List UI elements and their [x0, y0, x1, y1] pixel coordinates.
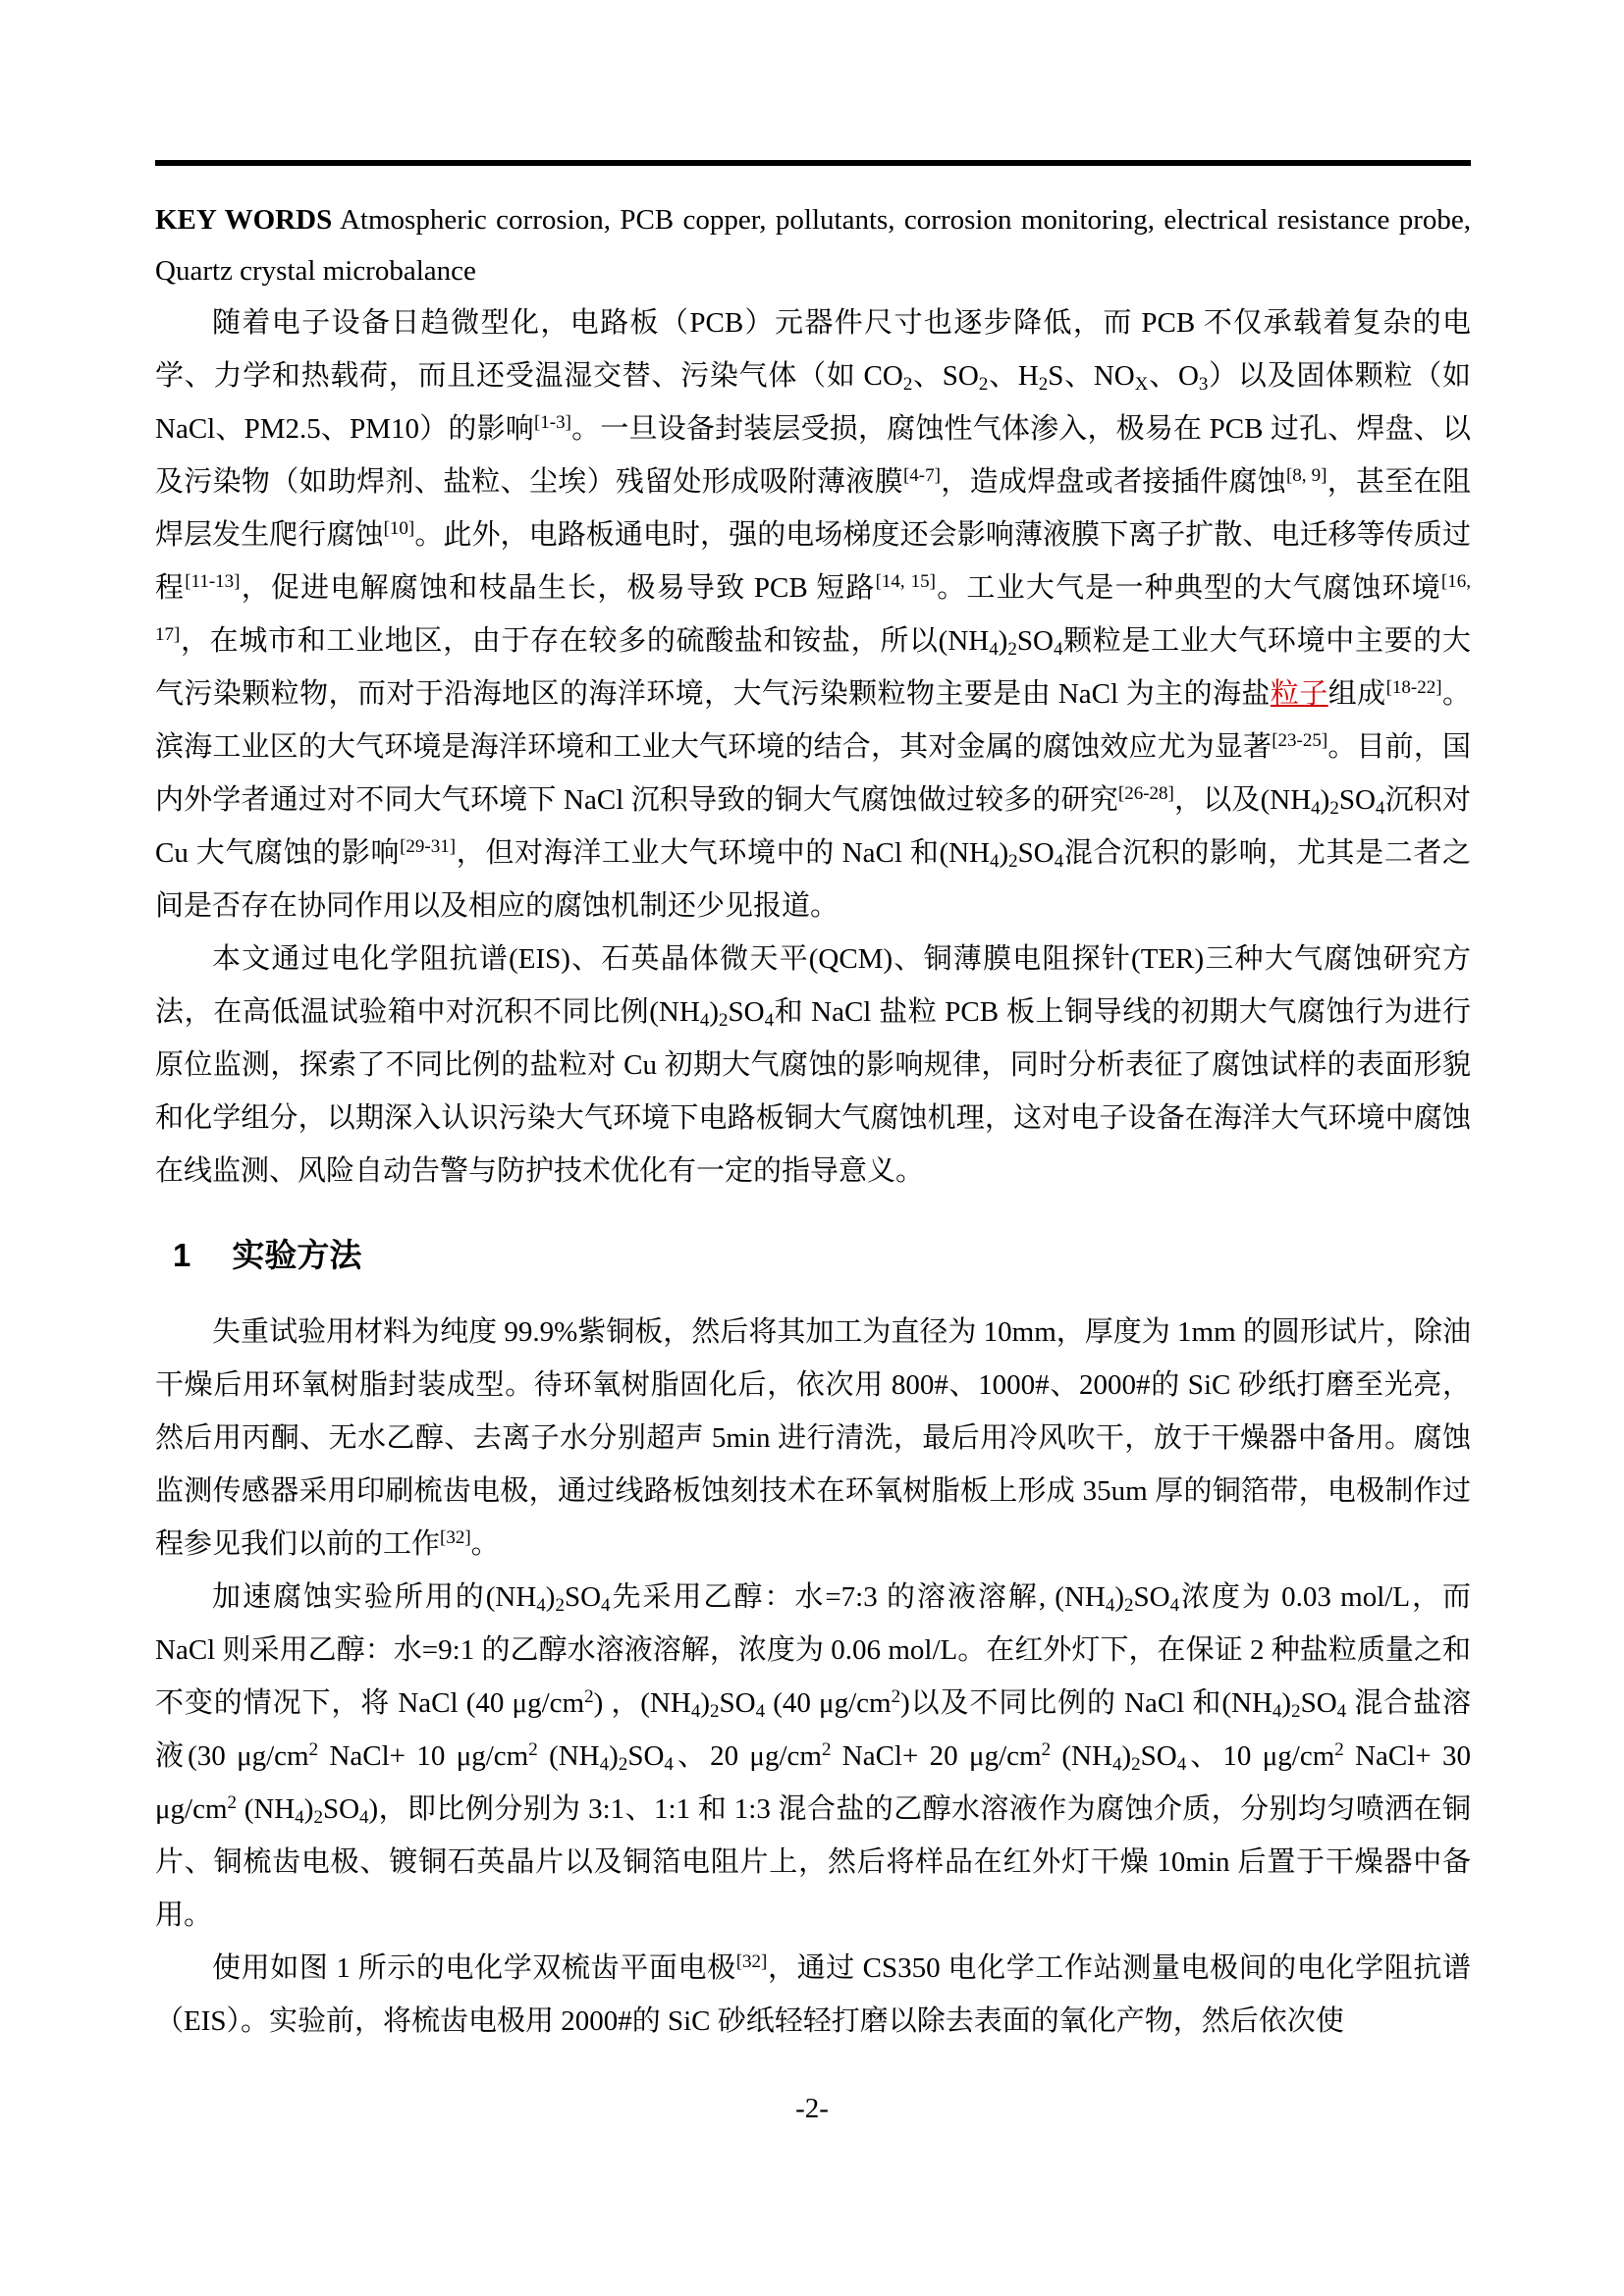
- header-rule: [155, 160, 1471, 166]
- document-page: KEY WORDS Atmospheric corrosion, PCB cop…: [0, 0, 1624, 2296]
- weightloss-paragraph: 失重试验用材料为纯度 99.9%紫铜板，然后将其加工为直径为 10mm，厚度为 …: [155, 1306, 1471, 1571]
- page-content: KEY WORDS Atmospheric corrosion, PCB cop…: [155, 194, 1471, 2048]
- page-number: -2-: [0, 2089, 1624, 2128]
- intro-paragraph: 随着电子设备日趋微型化，电路板（PCB）元器件尺寸也逐步降低，而 PCB 不仅承…: [155, 296, 1471, 933]
- method-overview-paragraph: 本文通过电化学阻抗谱(EIS)、石英晶体微天平(QCM)、铜薄膜电阻探针(TER…: [155, 933, 1471, 1198]
- eis-paragraph: 使用如图 1 所示的电化学双梳齿平面电极[32]，通过 CS350 电化学工作站…: [155, 1942, 1471, 2048]
- accelerated-paragraph: 加速腐蚀实验所用的(NH4)2SO4先采用乙醇：水=7:3 的溶液溶解, (NH…: [155, 1571, 1471, 1942]
- keywords-paragraph: KEY WORDS Atmospheric corrosion, PCB cop…: [155, 194, 1471, 296]
- section-title: 实验方法: [232, 1237, 361, 1273]
- section-heading: 1实验方法: [173, 1229, 1471, 1282]
- section-number: 1: [173, 1237, 190, 1273]
